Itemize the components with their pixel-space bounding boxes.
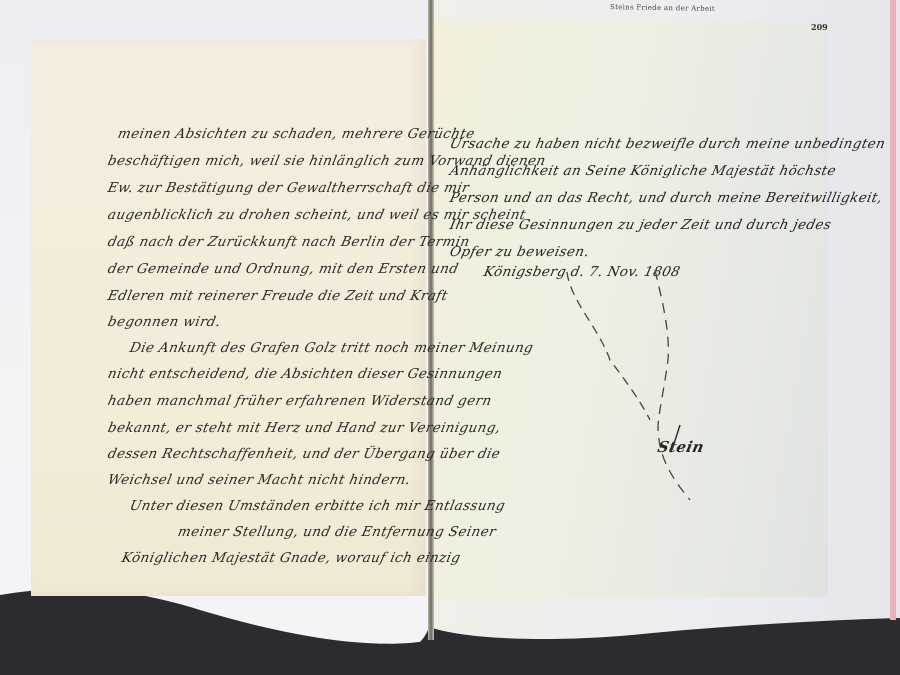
- dashed-pen-trail-icon: [0, 0, 900, 675]
